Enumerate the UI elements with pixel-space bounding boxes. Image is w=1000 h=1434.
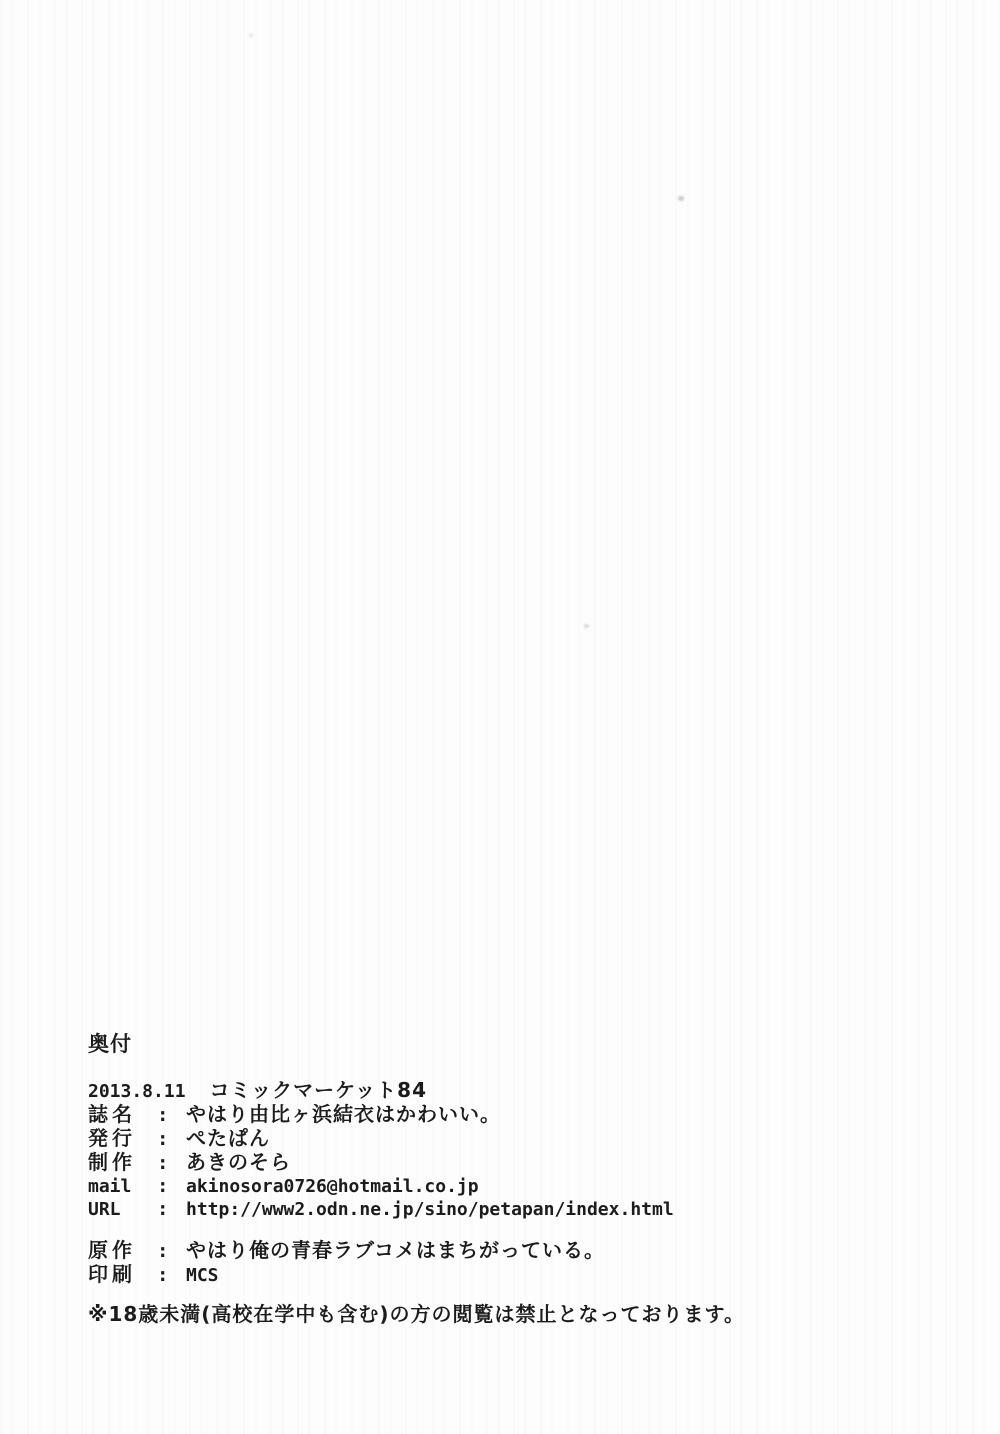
row-label: 制作: [88, 1151, 157, 1174]
credits-block: 原作 : やはり俺の青春ラブコメはまちがっている。 印刷 : MCS: [88, 1239, 968, 1287]
row-value-url: http://www2.odn.ne.jp/sino/petapan/index…: [186, 1198, 674, 1221]
event-line: 2013.8.11 コミックマーケット84: [88, 1079, 968, 1103]
row-label: 誌名: [88, 1103, 157, 1126]
scan-speck: [249, 34, 253, 37]
info-row-mail: mail : akinosora0726@hotmail.co.jp: [88, 1175, 968, 1198]
row-label: 原作: [88, 1239, 157, 1262]
event-date: 2013.8.11: [88, 1080, 186, 1103]
row-value-email: akinosora0726@hotmail.co.jp: [186, 1175, 479, 1198]
row-colon: :: [157, 1264, 186, 1287]
scan-speck: [584, 624, 589, 628]
row-colon: :: [157, 1104, 186, 1127]
scan-speck: [678, 196, 684, 201]
row-value-original-work: やはり俺の青春ラブコメはまちがっている。: [186, 1239, 605, 1262]
row-value-printer: MCS: [186, 1264, 219, 1287]
row-colon: :: [157, 1152, 186, 1175]
row-label: mail: [88, 1175, 157, 1198]
info-row-title: 誌名 : やはり由比ヶ浜結衣はかわいい。: [88, 1103, 968, 1127]
row-label: URL: [88, 1198, 157, 1221]
colophon-block: 奥付 2013.8.11 コミックマーケット84 誌名 : やはり由比ヶ浜結衣は…: [88, 1032, 968, 1326]
row-label: 印刷: [88, 1263, 157, 1286]
scanned-colophon-page: 奥付 2013.8.11 コミックマーケット84 誌名 : やはり由比ヶ浜結衣は…: [0, 0, 1000, 1434]
row-value-author: あきのそら: [186, 1151, 291, 1174]
row-colon: :: [157, 1128, 186, 1151]
info-row-publisher: 発行 : ぺたぱん: [88, 1127, 968, 1151]
row-value-book-title: やはり由比ヶ浜結衣はかわいい。: [186, 1103, 501, 1126]
row-colon: :: [157, 1198, 186, 1221]
row-colon: :: [157, 1175, 186, 1198]
row-colon: :: [157, 1240, 186, 1263]
credit-row-original-work: 原作 : やはり俺の青春ラブコメはまちがっている。: [88, 1239, 968, 1263]
age-restriction-notice: ※18歳未満(高校在学中も含む)の方の閲覧は禁止となっております。: [88, 1303, 968, 1326]
info-row-url: URL : http://www2.odn.ne.jp/sino/petapan…: [88, 1198, 968, 1221]
colophon-title: 奥付: [88, 1032, 968, 1057]
row-value-circle: ぺたぱん: [186, 1127, 270, 1150]
row-label: 発行: [88, 1127, 157, 1150]
info-row-author: 制作 : あきのそら: [88, 1151, 968, 1175]
event-name: コミックマーケット84: [210, 1079, 427, 1102]
credit-row-printer: 印刷 : MCS: [88, 1263, 968, 1287]
